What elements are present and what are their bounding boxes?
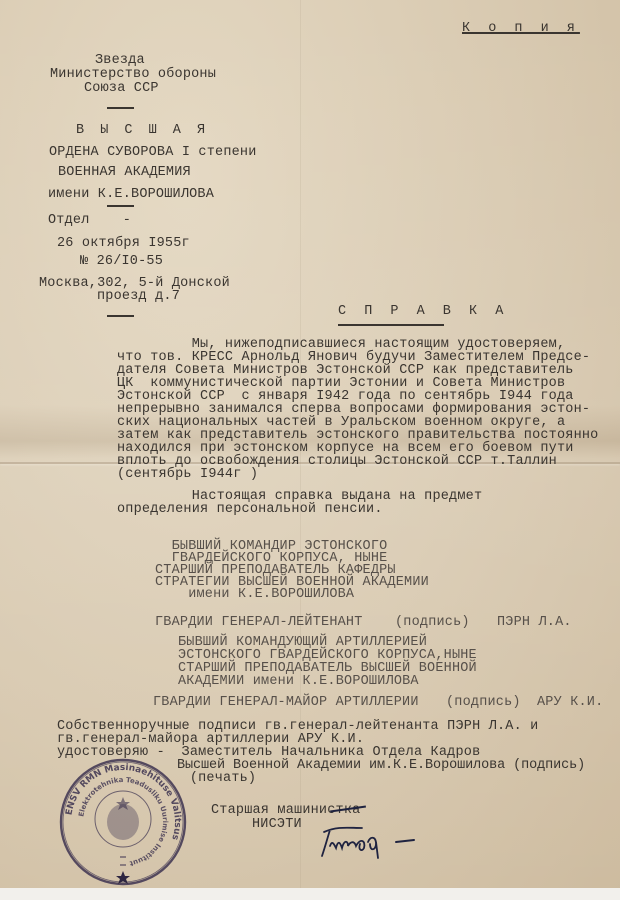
- department-field: Отдел -: [48, 214, 131, 227]
- letterhead-emblem: Звезда: [95, 54, 145, 67]
- signatory-1-rank: ГВАРДИИ ГЕНЕРАЛ-ЛЕЙТЕНАНТ: [155, 616, 363, 629]
- seal-icon: ENSV RMN Masinaehituse Valitsus Elektrot…: [58, 757, 188, 887]
- academy-line2: ОРДЕНА СУВОРОВА I степени: [49, 146, 257, 159]
- signatory-2-name: АРУ К.И.: [537, 696, 603, 709]
- signature-icon: [318, 822, 428, 862]
- document-date: 26 октября I955г: [57, 237, 190, 250]
- document-title: С П Р А В К А: [338, 305, 508, 318]
- letterhead-divider: [107, 107, 134, 109]
- signatory-2-rank: ГВАРДИИ ГЕНЕРАЛ-МАЙОР АРТИЛЛЕРИИ: [153, 696, 419, 709]
- document-page: К о п и я Звезда Министерство обороны Со…: [0, 0, 620, 900]
- letterhead-ministry-line2: Союза ССР: [84, 82, 159, 95]
- purpose-line: определения персональной пенсии.: [117, 503, 383, 516]
- document-number: № 26/I0-55: [80, 255, 163, 268]
- letterhead-ministry-line1: Министерство обороны: [50, 68, 216, 81]
- typist-name: НИСЭТИ: [252, 818, 302, 831]
- academy-divider: [107, 205, 134, 207]
- address-line2: проезд д.7: [97, 290, 180, 303]
- handwritten-signature: [318, 822, 428, 867]
- signatory-1-signature-note: (подпись): [395, 616, 470, 629]
- academy-line1: В Ы С Ш А Я: [76, 124, 209, 137]
- academy-line4: имени К.Е.ВОРОШИЛОВА: [48, 188, 214, 201]
- signatory-1-name: ПЭРН Л.А.: [497, 616, 572, 629]
- official-stamp: ENSV RMN Masinaehituse Valitsus Elektrot…: [58, 757, 188, 887]
- body-line: (сентябрь I944г ): [117, 468, 258, 481]
- signatory-2-signature-note: (подпись): [446, 696, 521, 709]
- signatory-2-title-line: АКАДЕМИИ имени К.Е.ВОРОШИЛОВА: [178, 675, 419, 688]
- academy-line3: ВОЕННАЯ АКАДЕМИЯ: [58, 166, 191, 179]
- signatory-1-title-line: имени К.Е.ВОРОШИЛОВА: [155, 588, 354, 601]
- title-underline: [338, 324, 444, 326]
- copy-mark: К о п и я: [462, 22, 580, 35]
- address-divider: [107, 315, 134, 317]
- scan-border: [0, 888, 620, 900]
